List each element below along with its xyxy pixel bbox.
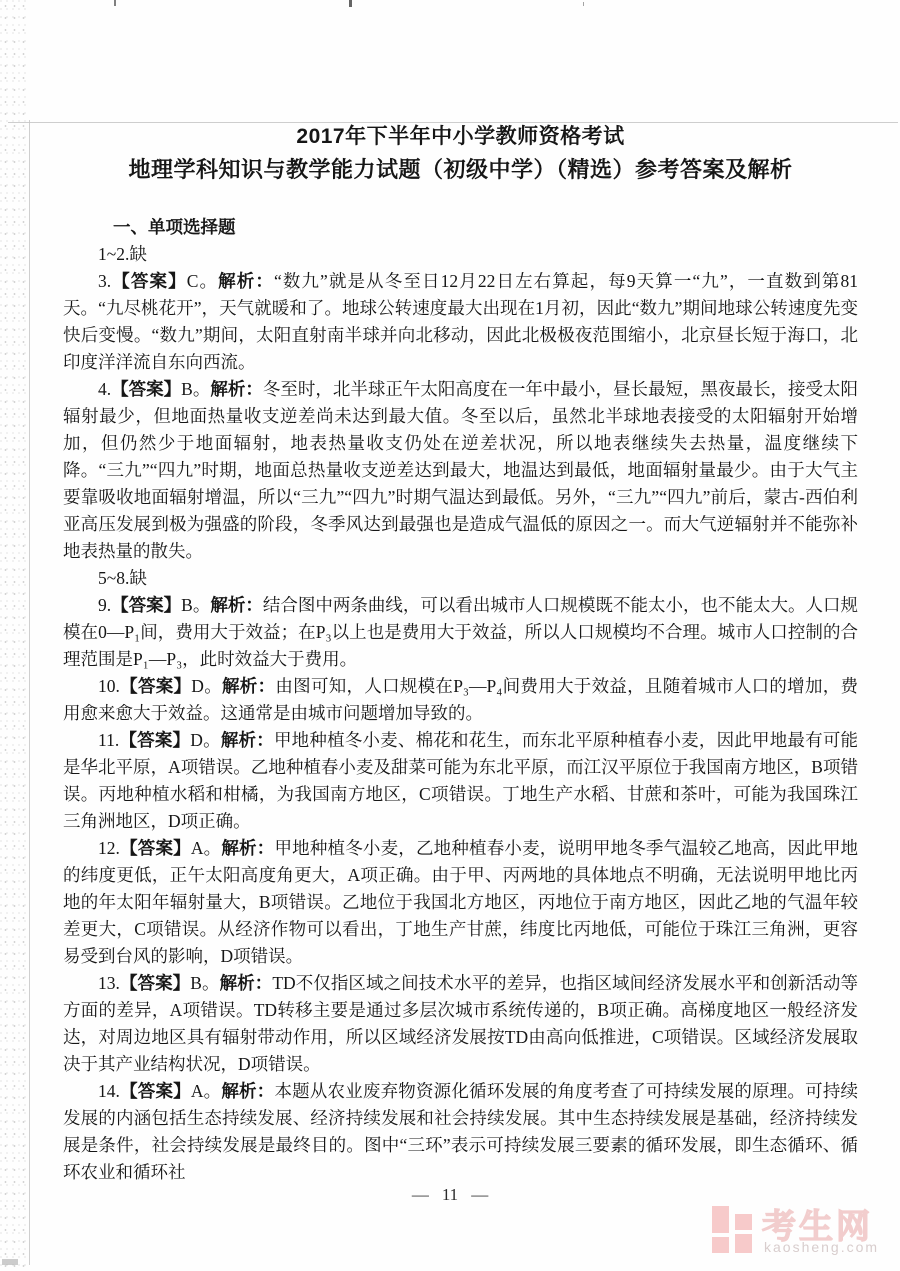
footer-dash-right: — (471, 1185, 488, 1204)
answer-value: C。 (187, 271, 218, 291)
section-heading: 一、单项选择题 (63, 213, 858, 241)
logo-block (735, 1214, 752, 1230)
answer-label: 【答案】 (120, 838, 191, 858)
analysis-label: 解析： (221, 838, 274, 858)
answer-value: D。 (190, 730, 221, 750)
answer-item-q9: 9.【答案】B。解析：结合图中两条曲线，可以看出城市人口规模既不能太小，也不能太… (63, 592, 858, 673)
answer-number: 4. (98, 379, 111, 399)
answer-item-q14: 14.【答案】A。解析：本题从农业废弃物资源化循环发展的角度考查了可持续发展的原… (63, 1078, 858, 1186)
answer-item-q13: 13.【答案】B。解析：TD不仅指区域之间技术水平的差异，也指区域间经济发展水平… (63, 970, 858, 1078)
kaosheng-watermark: 考生网 kaosheng.com (712, 1202, 887, 1258)
answer-number: 3. (98, 271, 111, 291)
kaosheng-logo-icon (712, 1206, 756, 1254)
analysis-label: 解析： (220, 973, 273, 993)
answer-number: 13. (98, 973, 120, 993)
page-title-line2: 地理学科知识与教学能力试题（初级中学）（精选）参考答案及解析 (63, 156, 858, 184)
logo-block (735, 1234, 752, 1253)
analysis-label: 解析： (210, 595, 263, 615)
analysis-label: 解析： (210, 379, 263, 399)
answer-number: 11. (98, 730, 119, 750)
missing-items-note-1: 1~2.缺 (63, 241, 858, 268)
answer-item-q11: 11.【答案】D。解析：甲地种植冬小麦、棉花和花生，而东北平原种植春小麦，因此甲… (63, 727, 858, 835)
answer-number: 9. (98, 595, 111, 615)
answer-value: B。 (181, 595, 210, 615)
answer-number: 10. (98, 676, 120, 696)
missing-items-note-2: 5~8.缺 (63, 565, 858, 592)
watermark-domain-text: kaosheng.com (764, 1239, 879, 1255)
scan-crease-vertical (29, 120, 30, 1265)
scan-smudge-bottom-left (2, 1259, 18, 1265)
answer-item-q12: 12.【答案】A。解析：甲地种植冬小麦，乙地种植春小麦，说明甲地冬季气温较乙地高… (63, 835, 858, 970)
answer-item-q3: 3.【答案】C。解析：“数九”就是从冬至日12月22日左右算起，每9天算一“九”… (63, 268, 858, 376)
answer-value: B。 (181, 379, 210, 399)
answer-number: 14. (98, 1081, 120, 1101)
answer-label: 【答案】 (120, 676, 191, 696)
answer-label: 【答案】 (120, 1081, 191, 1101)
logo-block (712, 1206, 729, 1233)
analysis-label: 解析： (218, 271, 274, 291)
answer-label: 【答案】 (119, 730, 190, 750)
answer-label: 【答案】 (111, 595, 181, 615)
answer-label: 【答案】 (111, 271, 187, 291)
answer-item-q10: 10.【答案】D。解析：由图可知，人口规模在P₃—P₄间费用大于效益，且随着城市… (63, 673, 858, 727)
answer-value: D。 (191, 676, 222, 696)
analysis-label: 解析： (221, 730, 274, 750)
answer-value: B。 (190, 973, 219, 993)
answer-item-q4: 4.【答案】B。解析：冬至时，北半球正午太阳高度在一年中最小，昼长最短，黑夜最长… (63, 376, 858, 565)
answer-value: A。 (191, 1081, 222, 1101)
logo-block (712, 1237, 729, 1253)
answer-value: A。 (191, 838, 222, 858)
document-page: 2017年下半年中小学教师资格考试 地理学科知识与教学能力试题（初级中学）（精选… (63, 0, 858, 1186)
answer-number: 12. (98, 838, 120, 858)
scan-noise-strip (0, 0, 30, 1271)
analysis-label: 解析： (222, 676, 275, 696)
page-title-line1: 2017年下半年中小学教师资格考试 (63, 124, 858, 150)
analysis-text: 冬至时，北半球正午太阳高度在一年中最小，昼长最短，黑夜最长，接受太阳辐射最少，但… (63, 379, 858, 561)
answer-label: 【答案】 (120, 973, 190, 993)
page-number: 11 (442, 1185, 458, 1204)
footer-dash-left: — (412, 1185, 429, 1204)
analysis-label: 解析： (221, 1081, 274, 1101)
answer-label: 【答案】 (111, 379, 181, 399)
